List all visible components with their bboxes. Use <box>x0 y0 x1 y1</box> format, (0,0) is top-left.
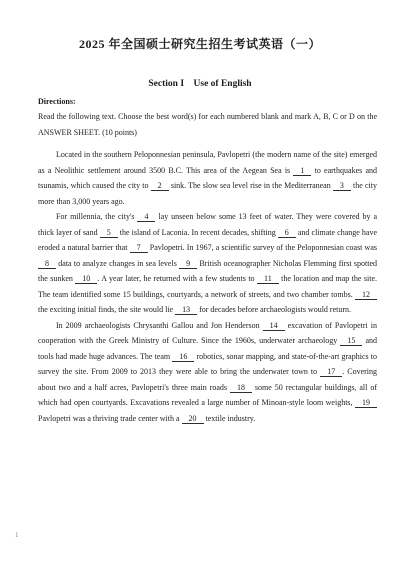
passage-paragraph-3: In 2009 archaeologists Chrysanthi Gallou… <box>38 318 377 427</box>
cloze-blank-11: 11 <box>257 274 279 284</box>
cloze-blank-3: 3 <box>333 181 351 191</box>
cloze-blank-7: 7 <box>130 243 148 253</box>
cloze-blank-18: 18 <box>230 383 252 393</box>
cloze-blank-20: 20 <box>182 414 204 424</box>
directions-label: Directions: <box>38 94 377 109</box>
cloze-blank-13: 13 <box>175 305 197 315</box>
cloze-blank-1: 1 <box>293 166 311 176</box>
exam-document-page: 2025 年全国硕士研究生招生考试英语（一） Section I Use of … <box>0 0 400 565</box>
cloze-blank-14: 14 <box>263 321 285 331</box>
cloze-blank-12: 12 <box>355 290 377 300</box>
cloze-blank-9: 9 <box>179 259 197 269</box>
passage-paragraph-2: For millennia, the city's 4 lay unseen b… <box>38 209 377 318</box>
cloze-blank-5: 5 <box>100 228 118 238</box>
page-number: 1 <box>15 531 19 539</box>
cloze-blank-2: 2 <box>151 181 169 191</box>
cloze-blank-16: 16 <box>172 352 194 362</box>
passage-paragraph-1: Located in the southern Peloponnesian pe… <box>38 147 377 209</box>
cloze-blank-10: 10 <box>75 274 97 284</box>
page-title: 2025 年全国硕士研究生招生考试英语（一） <box>0 0 400 52</box>
cloze-blank-19: 19 <box>355 398 377 408</box>
cloze-blank-4: 4 <box>137 212 155 222</box>
directions-text: Read the following text. Choose the best… <box>38 109 377 140</box>
page-content: Directions: Read the following text. Cho… <box>38 94 377 426</box>
section-heading: Section I Use of English <box>0 78 400 91</box>
cloze-blank-17: 17 <box>320 367 342 377</box>
cloze-blank-15: 15 <box>340 336 362 346</box>
cloze-blank-6: 6 <box>278 228 296 238</box>
cloze-blank-8: 8 <box>38 259 56 269</box>
